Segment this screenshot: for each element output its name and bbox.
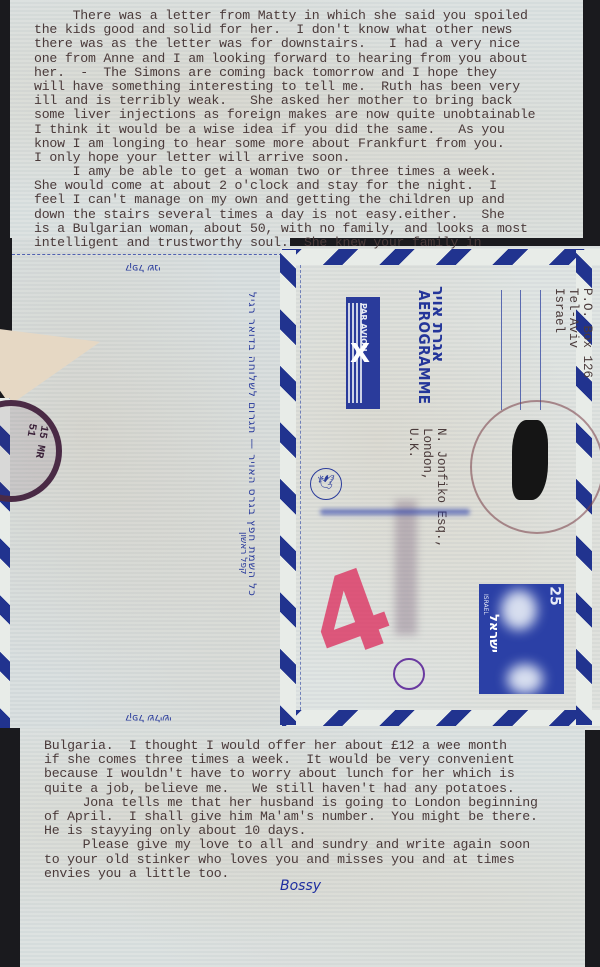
airmail-border-bottom <box>282 710 600 726</box>
letter-line: He is stayying only about 10 days. <box>44 824 538 838</box>
letter-line: is a Bulgarian woman, about 50, with no … <box>34 222 535 236</box>
letter-line: Please give my love to all and sundry an… <box>44 838 538 852</box>
letter-line: one from Anne and I am looking forward t… <box>34 52 535 66</box>
violet-circle-mark <box>393 658 425 690</box>
letter-line: the kids good and solid for her. I don't… <box>34 23 535 37</box>
redacted-surname <box>395 500 417 635</box>
return-address: P.O. Box 126 Tel-Aviv Israel <box>552 288 594 378</box>
letter-text-bottom: Bulgaria. I thought I would offer her ab… <box>44 739 538 881</box>
par-avion-label: PAR AVION X <box>346 297 380 409</box>
airmail-x-icon: X <box>350 339 370 369</box>
fold-line-vertical <box>300 260 301 720</box>
letter-line: because I wouldn't have to worry about l… <box>44 767 538 781</box>
fold-label-second: קפל שני <box>125 262 161 273</box>
postmark-date: 15 MR 51 <box>18 422 49 469</box>
letter-line: know I am longing to hear some more abou… <box>34 137 535 151</box>
letter-line: She would come at about 2 o'clock and st… <box>34 179 535 193</box>
letter-line: I amy be able to get a woman two or thre… <box>34 165 535 179</box>
airmail-border-left <box>280 250 296 725</box>
letter-line: intelligent and trustworthy soul. She kn… <box>34 236 535 250</box>
blue-pen-stroke <box>320 509 470 515</box>
letter-line: feel I can't manage on my own and gettin… <box>34 193 535 207</box>
bird-logo-icon: 🕊 <box>310 468 342 500</box>
letter-line: quite a job, believe me. We still haven'… <box>44 782 538 796</box>
letter-line: of April. I shall give him Ma'am's numbe… <box>44 810 538 824</box>
address-rule <box>540 290 541 410</box>
aerogramme-title: AEROGRAMME <box>415 290 433 405</box>
cloud-icon <box>501 590 537 630</box>
torn-hole <box>512 420 548 500</box>
address-rule <box>501 290 502 410</box>
fold-line <box>12 254 282 255</box>
letter-line: some liver injections as foreign makes a… <box>34 108 535 122</box>
letter-line: Bulgaria. I thought I would offer her ab… <box>44 739 538 753</box>
stamp-country: ISRAEL <box>482 594 489 615</box>
airmail-border-top <box>282 249 600 265</box>
letter-line: I only hope your letter will arrive soon… <box>34 151 535 165</box>
fold-label-third: קפל שלישי <box>125 712 172 723</box>
stamp-value: 25 <box>547 586 563 605</box>
letter-line: ill and is terribly weak. She asked her … <box>34 94 535 108</box>
letter-line: if she comes three times a week. It woul… <box>44 753 538 767</box>
letter-text-top: There was a letter from Matty in which s… <box>34 9 535 250</box>
fold-label-first: קפל ראשון <box>238 532 248 574</box>
letter-line: Jona tells me that her husband is going … <box>44 796 538 810</box>
letter-line: There was a letter from Matty in which s… <box>34 9 535 23</box>
letter-line: will have something interesting to tell … <box>34 80 535 94</box>
letter-line: there was as the letter was for downstai… <box>34 37 535 51</box>
cloud-icon <box>507 664 543 694</box>
letter-line: her. - The Simons are coming back tomorr… <box>34 66 535 80</box>
letter-line: down the stairs several times a day is n… <box>34 208 535 222</box>
postage-stamp: 25 ISRAEL ישראל <box>479 584 564 694</box>
letter-line: I think it would be a wise idea if you d… <box>34 123 535 137</box>
stamp-country-hebrew: ישראל <box>486 614 501 653</box>
letter-line: to your old stinker who loves you and mi… <box>44 853 538 867</box>
address-rule <box>520 290 521 410</box>
signature: Bossy <box>280 878 321 894</box>
